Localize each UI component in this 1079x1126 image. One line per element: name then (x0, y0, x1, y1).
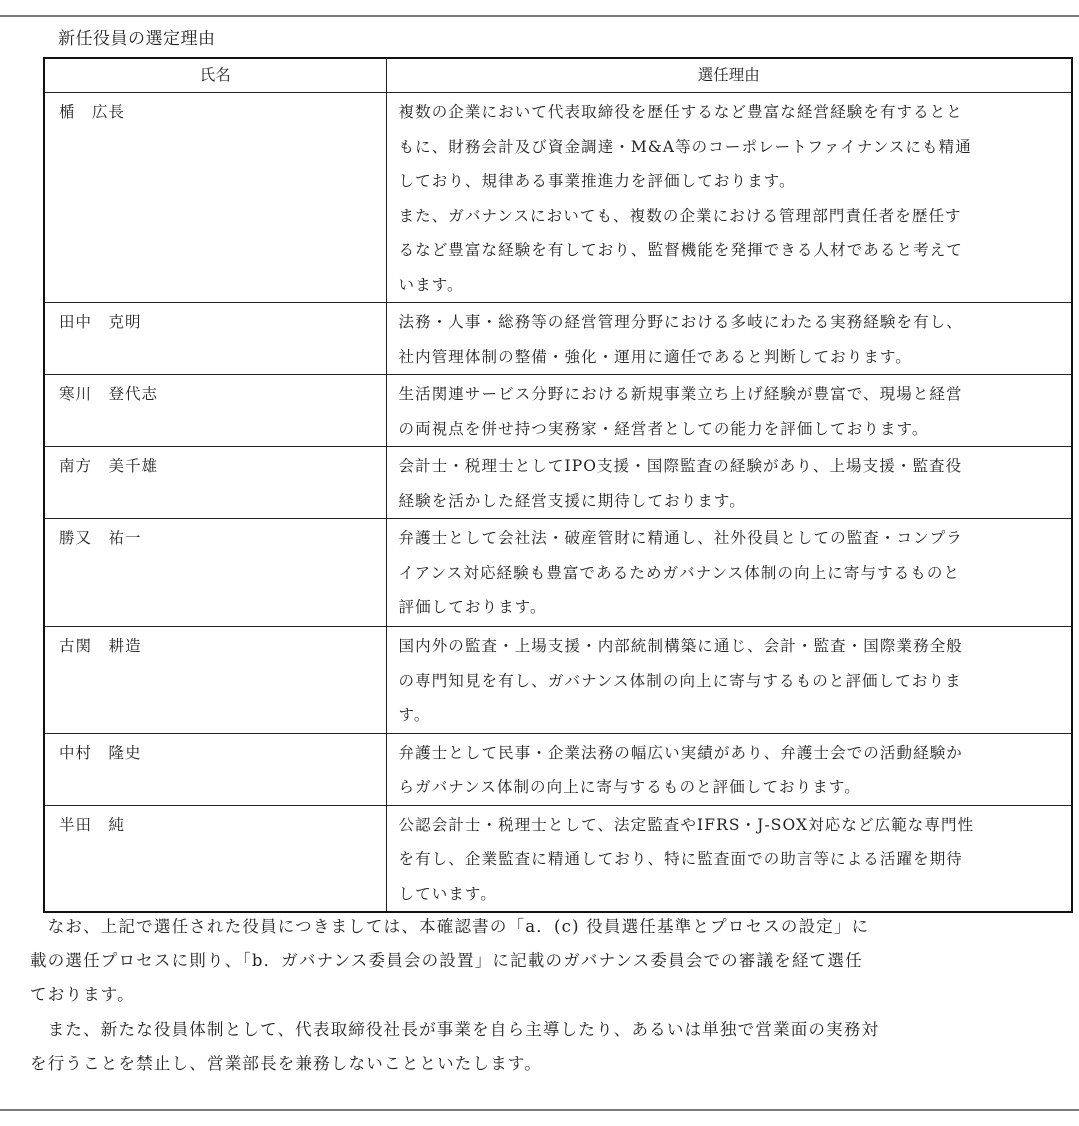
selection-reason: 会計士・税理士としてIPO支援・国際監査の経験があり、上場支援・監査役 経験を活… (386, 447, 1072, 519)
selection-reason: 複数の企業において代表取締役を歴任するなど豊富な経営経験を有するとと もに、財務… (386, 93, 1072, 303)
reason-line: 社内管理体制の整備・強化・運用に適任であると判断しております。 (399, 340, 1062, 375)
column-header-reason: 選任理由 (386, 58, 1072, 93)
table-row: 中村 隆史 弁護士として民事・企業法務の幅広い実績があり、弁護士会での活動経験か… (44, 733, 1072, 805)
reason-line: るなど豊富な経験を有しており、監督機能を発揮できる人材であると考えて (399, 233, 1062, 268)
reason-line: す。 (399, 698, 1062, 733)
reason-line: 弁護士として民事・企業法務の幅広い実績があり、弁護士会での活動経験か (399, 736, 1062, 771)
executive-name: 中村 隆史 (44, 733, 386, 805)
table-row: 寒川 登代志 生活関連サービス分野における新規事業立ち上げ経験が豊富で、現場と経… (44, 375, 1072, 447)
reason-line: 国内外の監査・上場支援・内部統制構築に通じ、会計・監査・国際業務全般 (399, 629, 1062, 664)
executive-name: 寒川 登代志 (44, 375, 386, 447)
reason-line: しており、規律ある事業推進力を評価しております。 (399, 164, 1062, 199)
reason-line: 評価しております。 (399, 590, 1062, 625)
paragraph-line: 載の選任プロセスに則り、「b．ガバナンス委員会の設置」に記載のガバナンス委員会で… (30, 944, 1079, 978)
reason-line: しています。 (399, 877, 1062, 912)
column-header-name: 氏名 (44, 58, 386, 93)
reason-line: の専門知見を有し、ガバナンス体制の向上に寄与するものと評価しておりま (399, 664, 1062, 699)
paragraph-line: を行うことを禁止し、営業部長を兼務しないことといたします。 (30, 1047, 1079, 1081)
table-row: 古関 耕造 国内外の監査・上場支援・内部統制構築に通じ、会計・監査・国際業務全般… (44, 627, 1072, 734)
table-row: 南方 美千雄 会計士・税理士としてIPO支援・国際監査の経験があり、上場支援・監… (44, 447, 1072, 519)
selection-reason: 弁護士として民事・企業法務の幅広い実績があり、弁護士会での活動経験か らガバナン… (386, 733, 1072, 805)
reason-line: 法務・人事・総務等の経営管理分野における多岐にわたる実務経験を有し、 (399, 305, 1062, 340)
selection-process-paragraph: なお、上記で選任された役員につきましては、本確認書の「a．(c) 役員選任基準と… (30, 910, 1079, 1012)
reason-line: もに、財務会計及び資金調達・M&A等のコーポレートファイナンスにも精通 (399, 130, 1062, 165)
table-row: 半田 純 公認会計士・税理士として、法定監査やIFRS・J-SOX対応など広範な… (44, 805, 1072, 912)
executive-name: 半田 純 (44, 805, 386, 912)
reason-line: 公認会計士・税理士として、法定監査やIFRS・J-SOX対応など広範な専門性 (399, 808, 1062, 843)
executive-name: 勝又 祐一 (44, 519, 386, 627)
selection-reason: 国内外の監査・上場支援・内部統制構築に通じ、会計・監査・国際業務全般 の専門知見… (386, 627, 1072, 734)
reason-line: 弁護士として会社法・破産管財に精通し、社外役員としての監査・コンプラ (399, 521, 1062, 556)
table-row: 田中 克明 法務・人事・総務等の経営管理分野における多岐にわたる実務経験を有し、… (44, 303, 1072, 375)
bottom-rule (0, 1109, 1079, 1111)
selection-reason: 弁護士として会社法・破産管財に精通し、社外役員としての監査・コンプラ イアンス対… (386, 519, 1072, 627)
reason-line: を有し、企業監査に精通しており、特に監査面での助言等による活躍を期待 (399, 842, 1062, 877)
selection-reason: 公認会計士・税理士として、法定監査やIFRS・J-SOX対応など広範な専門性 を… (386, 805, 1072, 912)
reason-line: 生活関連サービス分野における新規事業立ち上げ経験が豊富で、現場と経営 (399, 377, 1062, 412)
paragraph-line: なお、上記で選任された役員につきましては、本確認書の「a．(c) 役員選任基準と… (30, 910, 1079, 944)
executive-name: 古関 耕造 (44, 627, 386, 734)
reason-line: イアンス対応経験も豊富であるためガバナンス体制の向上に寄与するものと (399, 556, 1062, 591)
section-title: 新任役員の選定理由 (58, 27, 216, 51)
reason-line: 複数の企業において代表取締役を歴任するなど豊富な経営経験を有するとと (399, 95, 1062, 130)
selection-reason: 生活関連サービス分野における新規事業立ち上げ経験が豊富で、現場と経営 の両視点を… (386, 375, 1072, 447)
table-header-row: 氏名 選任理由 (44, 58, 1072, 93)
paragraph-line: ております。 (30, 978, 1079, 1012)
executive-selection-table: 氏名 選任理由 楯 広長 複数の企業において代表取締役を歴任するなど豊富な経営経… (43, 57, 1073, 913)
top-rule (0, 15, 1079, 17)
reason-line: らガバナンス体制の向上に寄与するものと評価しております。 (399, 770, 1062, 805)
reason-line: います。 (399, 268, 1062, 303)
reason-line: 経験を活かした経営支援に期待しております。 (399, 484, 1062, 519)
new-structure-paragraph: また、新たな役員体制として、代表取締役社長が事業を自ら主導したり、あるいは単独で… (30, 1013, 1079, 1081)
executive-name: 田中 克明 (44, 303, 386, 375)
reason-line: また、ガバナンスにおいても、複数の企業における管理部門責任者を歴任す (399, 199, 1062, 234)
table-row: 楯 広長 複数の企業において代表取締役を歴任するなど豊富な経営経験を有するとと … (44, 93, 1072, 303)
executive-name: 楯 広長 (44, 93, 386, 303)
table-row: 勝又 祐一 弁護士として会社法・破産管財に精通し、社外役員としての監査・コンプラ… (44, 519, 1072, 627)
selection-reason: 法務・人事・総務等の経営管理分野における多岐にわたる実務経験を有し、 社内管理体… (386, 303, 1072, 375)
reason-line: の両視点を併せ持つ実務家・経営者としての能力を評価しております。 (399, 412, 1062, 447)
reason-line: 会計士・税理士としてIPO支援・国際監査の経験があり、上場支援・監査役 (399, 449, 1062, 484)
paragraph-line: また、新たな役員体制として、代表取締役社長が事業を自ら主導したり、あるいは単独で… (30, 1013, 1079, 1047)
executive-name: 南方 美千雄 (44, 447, 386, 519)
